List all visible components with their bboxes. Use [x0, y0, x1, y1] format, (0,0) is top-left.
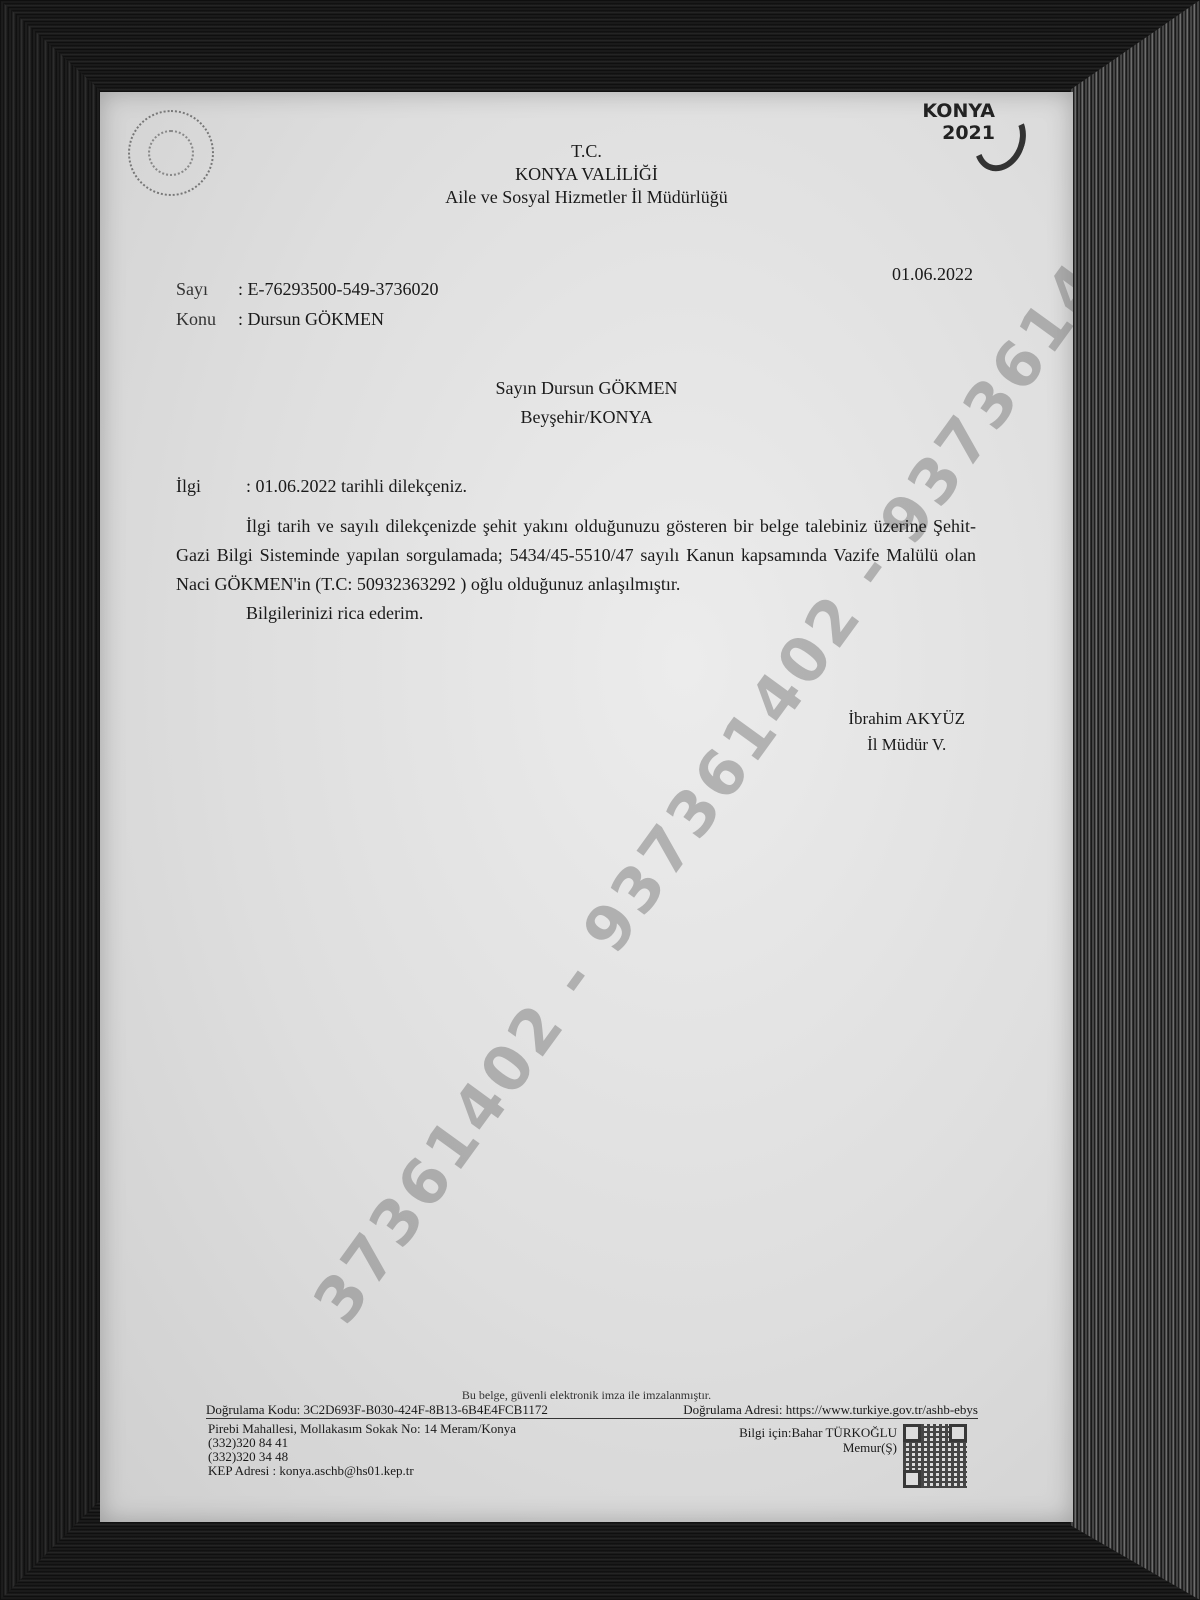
address-line: Pirebi Mahallesi, Mollakasım Sokak No: 1… — [208, 1422, 516, 1436]
reference-value: : 01.06.2022 tarihli dilekçeniz. — [246, 476, 467, 496]
konu-value: : Dursun GÖKMEN — [238, 309, 384, 329]
body-paragraph: İlgi tarih ve sayılı dilekçenizde şehit … — [176, 512, 976, 599]
letter-date: 01.06.2022 — [892, 264, 973, 285]
konya-2021-logo: KONYA 2021 — [922, 100, 995, 144]
office-address: Pirebi Mahallesi, Mollakasım Sokak No: 1… — [208, 1422, 516, 1478]
signatory-title: İl Müdür V. — [848, 732, 965, 758]
signatory-name: İbrahim AKYÜZ — [848, 706, 965, 732]
phone-1: (332)320 84 41 — [208, 1436, 516, 1450]
verification-code: Doğrulama Kodu: 3C2D693F-B030-424F-8B13-… — [206, 1402, 548, 1418]
letterhead-governorship: KONYA VALİLİĞİ — [100, 163, 1073, 186]
konu-label: Konu — [176, 304, 238, 334]
phone-2: (332)320 34 48 — [208, 1450, 516, 1464]
letter-body: İlgi tarih ve sayılı dilekçenizde şehit … — [176, 512, 976, 628]
addressee-location: Beyşehir/KONYA — [100, 403, 1073, 432]
signature-block: İbrahim AKYÜZ İl Müdür V. — [848, 706, 965, 758]
frame-left-edge — [0, 0, 100, 1600]
closing-paragraph: Bilgilerinizi rica ederim. — [176, 599, 976, 628]
letterhead-directorate: Aile ve Sosyal Hizmetler İl Müdürlüğü — [100, 186, 1073, 209]
reference-label: İlgi — [176, 476, 246, 497]
addressee-name: Sayın Dursun GÖKMEN — [100, 374, 1073, 403]
letter-meta: Sayı: E-76293500-549-3736020 Konu: Dursu… — [176, 274, 438, 334]
qr-code-icon — [903, 1424, 967, 1488]
letterhead-tc: T.C. — [100, 140, 1073, 163]
letterhead: T.C. KONYA VALİLİĞİ Aile ve Sosyal Hizme… — [100, 140, 1073, 209]
contact-role: Memur(Ş) — [739, 1440, 897, 1455]
official-letter: 37361402 - 937361402 - 937361402 - 93736… — [100, 92, 1073, 1522]
sayi-row: Sayı: E-76293500-549-3736020 — [176, 274, 438, 304]
contact-info: Bilgi için:Bahar TÜRKOĞLU Memur(Ş) — [739, 1425, 897, 1455]
contact-person: Bilgi için:Bahar TÜRKOĞLU — [739, 1425, 897, 1440]
kep-address: KEP Adresi : konya.aschb@hs01.kep.tr — [208, 1464, 516, 1478]
reference-row: İlgi: 01.06.2022 tarihli dilekçeniz. — [176, 476, 467, 497]
konu-row: Konu: Dursun GÖKMEN — [176, 304, 438, 334]
addressee: Sayın Dursun GÖKMEN Beyşehir/KONYA — [100, 374, 1073, 432]
sayi-label: Sayı — [176, 274, 238, 304]
frame-right-edge — [1070, 0, 1200, 1600]
verification-row: Doğrulama Kodu: 3C2D693F-B030-424F-8B13-… — [206, 1402, 978, 1419]
sayi-value: : E-76293500-549-3736020 — [238, 279, 438, 299]
verification-address: Doğrulama Adresi: https://www.turkiye.go… — [683, 1402, 978, 1418]
esignature-note: Bu belge, güvenli elektronik imza ile im… — [100, 1388, 1073, 1403]
